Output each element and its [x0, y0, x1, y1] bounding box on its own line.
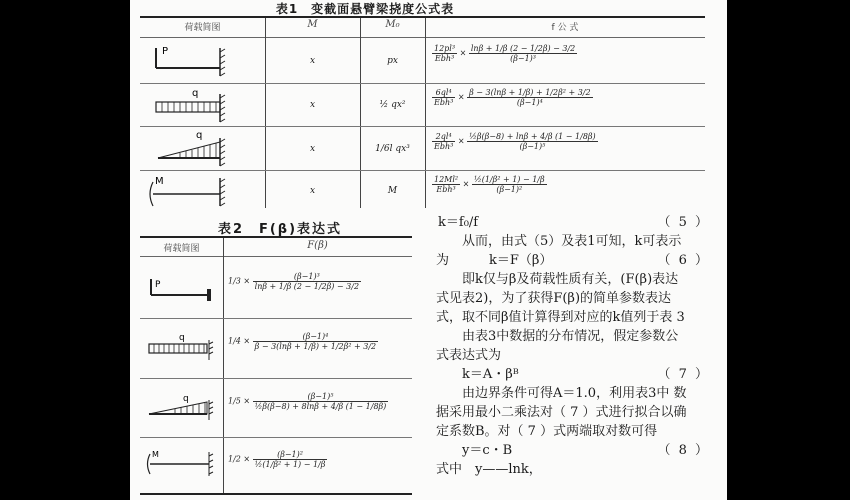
svg-text:P: P	[155, 280, 161, 290]
svg-text:M: M	[152, 450, 159, 459]
paragraph: 从而，由式（5）及表1可知，k可表示	[436, 232, 710, 251]
table1-row2-M0: ½ qx²	[360, 100, 425, 110]
table1-row-rule	[140, 126, 705, 127]
equation-7: k＝A・βᴮ （ 7 ）	[436, 365, 710, 384]
table1-row3-M0: 1/6l qx³	[360, 144, 425, 154]
table1-row2-M: x	[265, 100, 360, 110]
table1-header-formula: f 公 式	[425, 20, 705, 33]
table1-col-divider	[425, 18, 426, 208]
paragraph: 据采用最小二乘法对（ 7 ）式进行拟合以确	[436, 403, 710, 422]
table1-row3-formula: 2ql⁴Ebh³ × ½β(β−8) + lnβ + 4/β (1 − 1/8β…	[432, 132, 598, 151]
table2-header-F: F(β)	[223, 240, 412, 251]
table2-row-rule	[140, 318, 412, 319]
table2-top-rule	[140, 236, 412, 238]
svg-text:M: M	[155, 176, 164, 187]
table2-title: 表2 F(β)表达式	[150, 218, 410, 237]
table1-row4-formula: 12Ml²Ebh³ × ½(1/β² + 1) − 1/β(β−1)²	[432, 175, 547, 194]
paragraph: 式，取不同β值计算得到对应的k值列于表 3	[436, 308, 710, 327]
cantilever-triangular-load-diagram: q	[145, 392, 220, 422]
table2-row1-formula: 1/3 × (β−1)³lnβ + 1/β (2 − 1/2β) − 3/2	[228, 272, 361, 291]
table1-header-rule	[140, 37, 705, 38]
table1-row1-M0: px	[360, 56, 425, 66]
svg-text:q: q	[192, 88, 198, 99]
paragraph: 定系数B。对（ 7 ）式两端取对数可得	[436, 422, 710, 441]
table2-col-divider	[223, 238, 224, 493]
table1-row-rule	[140, 83, 705, 84]
table2-bottom-rule	[140, 493, 412, 495]
table1-top-rule	[140, 16, 705, 18]
table1-row3-M: x	[265, 144, 360, 154]
cantilever-end-moment-diagram: M	[145, 172, 240, 208]
table1-row1-M: x	[265, 56, 360, 66]
table1-row4-M: x	[265, 186, 360, 196]
equation-5: k＝f₀/f （ 5 ）	[436, 213, 710, 232]
svg-text:P: P	[162, 46, 168, 57]
cantilever-uniform-load-diagram: q	[145, 332, 220, 362]
table1-header-M: M	[265, 19, 360, 30]
paragraph: 式表达式为	[436, 346, 710, 365]
paragraph: 式中 y——lnk，	[436, 460, 710, 479]
paragraph: 即k仅与β及荷载性质有关，(F(β)表达	[436, 270, 710, 289]
table2-header-diagram: 荷载简图	[140, 241, 223, 254]
table1-col-divider	[360, 18, 361, 208]
table2-row-rule	[140, 437, 412, 438]
table2-row2-formula: 1/4 × (β−1)⁴β − 3(lnβ + 1/β) + 1/2β² + 3…	[228, 332, 378, 351]
equation-6: 为k＝F（β） （ 6 ）	[436, 251, 710, 270]
table1-header-M0: M₀	[360, 19, 425, 30]
table1-row1-formula: 12pl³Ebh³ × lnβ + 1/β (2 − 1/2β) − 3/2(β…	[432, 44, 577, 63]
table2-row4-formula: 1/2 × (β−1)²½(1/β² + 1) − 1/β	[228, 450, 327, 469]
svg-text:q: q	[196, 130, 202, 141]
table1-title: 表1 变截面悬臂梁挠度公式表	[130, 0, 600, 17]
cantilever-uniform-load-diagram: q	[150, 86, 240, 126]
table1-col-divider	[265, 18, 266, 208]
table1-row4-M0: M	[360, 186, 425, 196]
cantilever-point-load-diagram: P	[145, 275, 220, 305]
svg-text:q: q	[179, 333, 185, 343]
equation-8: y＝c・B （ 8 ）	[436, 441, 710, 460]
svg-text:q: q	[183, 394, 189, 404]
paragraph: 由表3中数据的分布情况，假定参数公	[436, 327, 710, 346]
paragraph: 由边界条件可得A＝1.0，利用表3中 数	[436, 384, 710, 403]
cantilever-end-moment-diagram: M	[143, 448, 221, 478]
cantilever-point-load-diagram: P	[150, 40, 240, 82]
cantilever-triangular-load-diagram: q	[150, 128, 240, 170]
table2-row3-formula: 1/5 × (β−1)⁵½β(β−8) + 8lnβ + 4/β (1 − 1/…	[228, 392, 388, 411]
table2-header-rule	[140, 256, 412, 257]
table1-row2-formula: 6ql⁴Ebh³ × β − 3(lnβ + 1/β) + 1/2β² + 3/…	[432, 88, 593, 107]
table1-header-diagram: 荷载简图	[140, 20, 265, 33]
body-text-column: k＝f₀/f （ 5 ） 从而，由式（5）及表1可知，k可表示 为k＝F（β） …	[436, 213, 710, 479]
paragraph: 式见表2)，为了获得F(β)的简单参数表达	[436, 289, 710, 308]
table1-row-rule	[140, 170, 705, 171]
table2-row-rule	[140, 378, 412, 379]
